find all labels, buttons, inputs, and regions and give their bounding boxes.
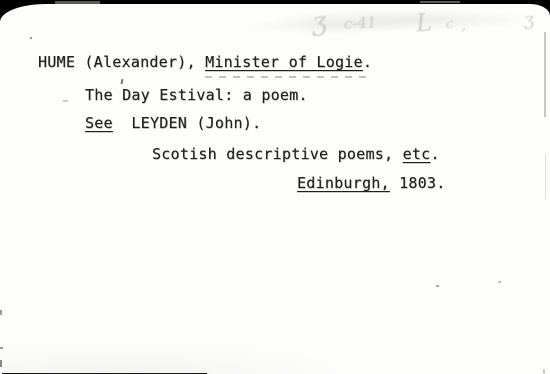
scan-top-strip-dash bbox=[420, 1, 460, 3]
scanned-catalog-card-photo: ʒc-41Lc,ʒ HUME (Alexander), Minister of … bbox=[0, 0, 550, 374]
pencil-mark: L bbox=[415, 10, 433, 35]
card-right-edge-tick bbox=[543, 369, 545, 374]
pencil-mark: ʒ bbox=[523, 11, 534, 30]
card-right-edge-line bbox=[545, 154, 546, 199]
typed-text: HUME (Alexander), bbox=[38, 53, 205, 71]
typed-text: Scotish descriptive poems, bbox=[152, 145, 403, 163]
typed-text: . bbox=[430, 145, 439, 163]
underlined-typed-text: Minister of Logie bbox=[205, 53, 363, 71]
scan-speckle bbox=[436, 285, 439, 287]
card-right-edge-line bbox=[544, 32, 546, 117]
typed-text: 1803. bbox=[390, 174, 446, 192]
catalog-card: ʒc-41Lc,ʒ HUME (Alexander), Minister of … bbox=[0, 4, 550, 374]
catalog-line-imprint: Edinburgh, 1803. bbox=[297, 176, 446, 191]
scan-speckle bbox=[498, 281, 501, 283]
scan-speckle bbox=[63, 100, 68, 102]
catalog-line-see-reference: See LEYDEN (John). bbox=[85, 116, 261, 131]
underlined-typed-text: etc bbox=[403, 145, 431, 163]
scan-speckle bbox=[30, 37, 32, 39]
pencil-mark: ʒ bbox=[311, 9, 327, 36]
pencil-mark: c-41 bbox=[344, 15, 378, 32]
card-left-edge-tick bbox=[0, 347, 3, 349]
typed-text: . bbox=[363, 53, 372, 71]
card-left-edge-tick bbox=[0, 360, 2, 367]
scan-speckle bbox=[121, 79, 124, 84]
catalog-line-heading: HUME (Alexander), Minister of Logie. bbox=[38, 55, 372, 70]
underlined-typed-text: See bbox=[85, 114, 113, 132]
typed-text: The Day Estival: a poem. bbox=[85, 86, 308, 104]
typed-text: LEYDEN (John). bbox=[113, 114, 262, 132]
catalog-line-title: The Day Estival: a poem. bbox=[85, 88, 308, 103]
ghost-double-underline bbox=[205, 76, 371, 78]
underlined-typed-text: Edinburgh, bbox=[297, 174, 390, 192]
pencil-mark: c bbox=[446, 18, 454, 31]
pencil-mark: , bbox=[460, 17, 466, 33]
catalog-line-series-note: Scotish descriptive poems, etc. bbox=[152, 147, 440, 162]
card-left-edge-tick bbox=[0, 310, 2, 315]
